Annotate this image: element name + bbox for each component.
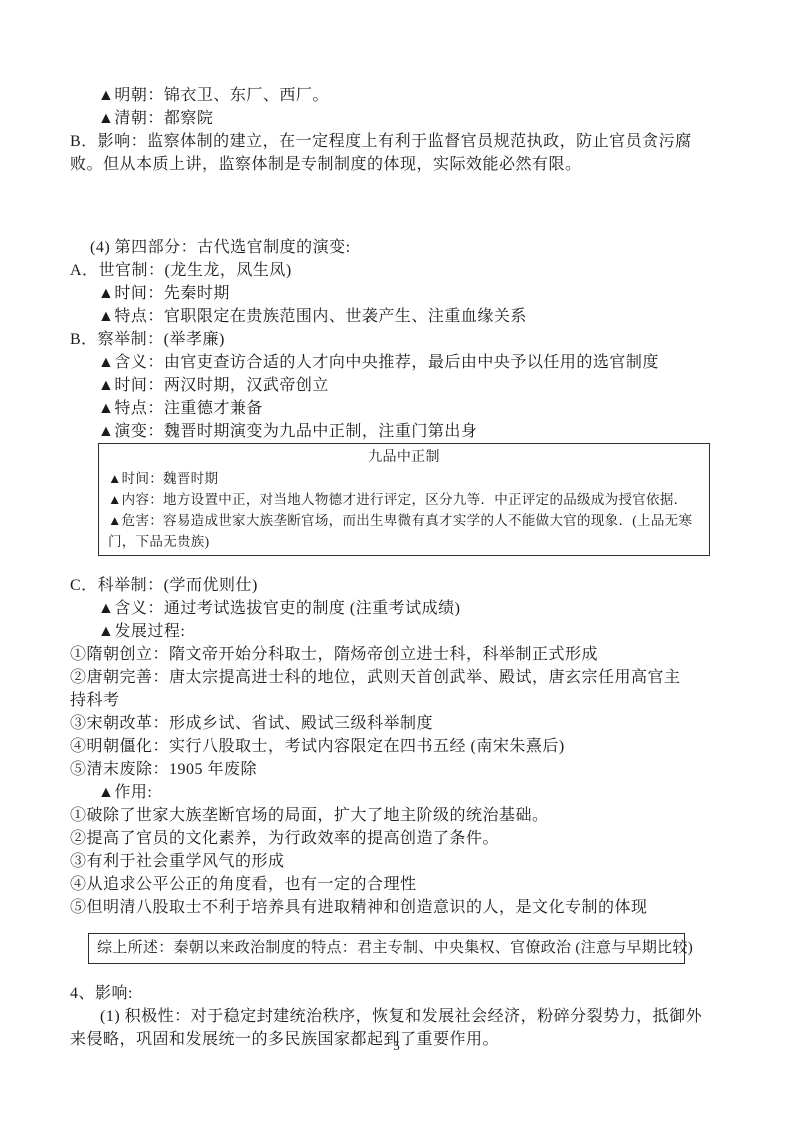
box-title: 九品中正制: [108, 447, 700, 468]
text-line: ③宋朝改革：形成乡试、省试、殿试三级科举制度: [70, 712, 721, 735]
text-line: ▲发展过程:: [70, 620, 721, 643]
content-area: ▲明朝：锦衣卫、东厂、西厂。▲清朝：都察院B．影响：监察体制的建立，在一定程度上…: [70, 84, 721, 1051]
vertical-spacer: [70, 556, 721, 574]
jiupin-zhongzheng-box: 九品中正制▲时间：魏晋时期▲内容：地方设置中正，对当地人物德才进行评定，区分九等…: [98, 443, 710, 556]
text-line: (1) 积极性：对于稳定封建统治秩序，恢复和发展社会经济，粉碎分裂势力，抵御外: [70, 1005, 721, 1028]
text-line: 败。但从本质上讲，监察体制是专制制度的体现，实际效能必然有限。: [70, 153, 721, 176]
vertical-spacer: [70, 964, 721, 982]
text-line: ①破除了世家大族垄断官场的局面，扩大了地主阶级的统治基础。: [70, 804, 721, 827]
text-line: ▲含义：通过考试选拔官吏的制度 (注重考试成绩): [70, 597, 721, 620]
box-text-line: ▲时间：魏晋时期: [108, 468, 700, 489]
box-text-line: ▲内容：地方设置中正，对当地人物德才进行评定，区分九等．中正评定的品级成为授官依…: [108, 489, 700, 510]
text-line: ▲清朝：都察院: [70, 107, 721, 130]
page-number: 5: [0, 1038, 793, 1053]
vertical-spacer: [70, 919, 721, 933]
text-line: ④从追求公平公正的角度看，也有一定的合理性: [70, 873, 721, 896]
text-line: ▲演变：魏晋时期演变为九品中正制，注重门第出身: [70, 420, 721, 443]
text-line: ▲特点：注重德才兼备: [70, 397, 721, 420]
text-line: ▲作用:: [70, 781, 721, 804]
document-page: ▲明朝：锦衣卫、东厂、西厂。▲清朝：都察院B．影响：监察体制的建立，在一定程度上…: [0, 0, 793, 1122]
text-line: ④明朝僵化：实行八股取士，考试内容限定在四书五经 (南宋朱熹后): [70, 735, 721, 758]
summary-box: 综上所述：秦朝以来政治制度的特点：君主专制、中央集权、官僚政治 (注意与早期比较…: [88, 933, 685, 964]
text-line: ▲时间：先秦时期: [70, 282, 721, 305]
text-line: ①隋朝创立：隋文帝开始分科取士，隋炀帝创立进士科，科举制正式形成: [70, 643, 721, 666]
text-line: ▲时间：两汉时期，汉武帝创立: [70, 374, 721, 397]
text-line: ▲特点：官职限定在贵族范围内、世袭产生、注重血缘关系: [70, 305, 721, 328]
text-line: ③有利于社会重学风气的形成: [70, 850, 721, 873]
text-line: ②唐朝完善：唐太宗提高进士科的地位，武则天首创武举、殿试，唐玄宗任用高官主: [70, 666, 721, 689]
text-line: C．科举制：(学而优则仕): [70, 574, 721, 597]
box-text-line: ▲危害：容易造成世家大族垄断官场，而出生卑微有真才实学的人不能做大官的现象．(上…: [108, 510, 700, 552]
text-line: ▲明朝：锦衣卫、东厂、西厂。: [70, 84, 721, 107]
vertical-spacer: [70, 176, 721, 236]
text-line: 4、影响:: [70, 982, 721, 1005]
text-line: ▲含义：由官吏查访合适的人才向中央推荐，最后由中央予以任用的选官制度: [70, 351, 721, 374]
text-line: B．察举制：(举孝廉): [70, 328, 721, 351]
text-line: ⑤但明清八股取士不利于培养具有进取精神和创造意识的人，是文化专制的体现: [70, 896, 721, 919]
text-line: 持科考: [70, 689, 721, 712]
text-line: ⑤清末废除：1905 年废除: [70, 758, 721, 781]
text-line: A．世官制：(龙生龙，凤生凤): [70, 259, 721, 282]
text-line: B．影响：监察体制的建立，在一定程度上有利于监督官员规范执政，防止官员贪污腐: [70, 130, 721, 153]
text-line: (4) 第四部分：古代选官制度的演变:: [70, 236, 721, 259]
text-line: ②提高了官员的文化素养，为行政效率的提高创造了条件。: [70, 827, 721, 850]
